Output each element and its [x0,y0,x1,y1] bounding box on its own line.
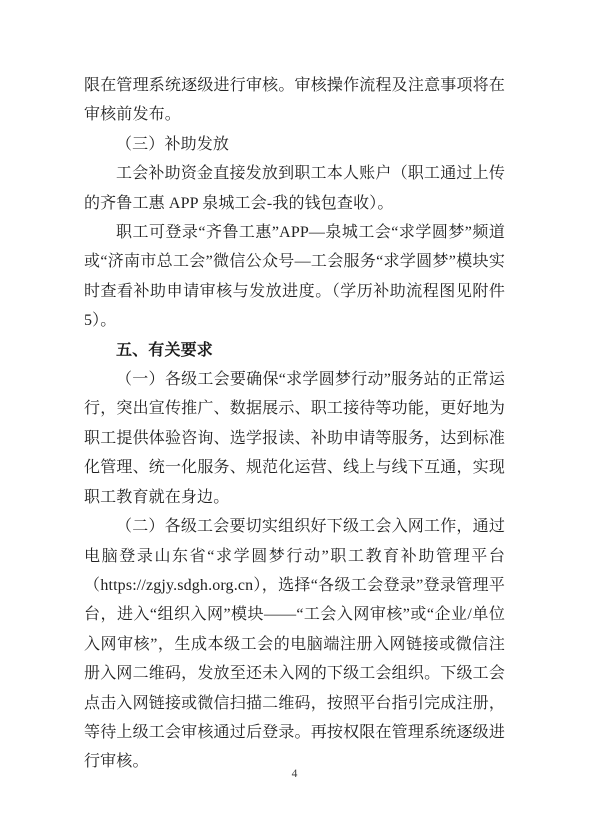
subsection-heading-subsidy-disbursement: （三）补助发放 [84,130,505,159]
paragraph-continuation: 限在管理系统逐级进行审核。审核操作流程及注意事项将在审核前发布。 [84,71,505,130]
section-heading-requirements: 五、有关要求 [84,336,505,365]
paragraph-requirement-1: （一）各级工会要确保“求学圆梦行动”服务站的正常运行，突出宣传推广、数据展示、职… [84,365,505,512]
document-body: 限在管理系统逐级进行审核。审核操作流程及注意事项将在审核前发布。 （三）补助发放… [84,71,505,777]
paragraph-requirement-2: （二）各级工会要切实组织好下级工会入网工作，通过电脑登录山东省“求学圆梦行动”职… [84,512,505,777]
paragraph-progress-check: 职工可登录“齐鲁工惠”APP—泉城工会“求学圆梦”频道或“济南市总工会”微信公众… [84,218,505,336]
paragraph-subsidy-payment: 工会补助资金直接发放到职工本人账户（职工通过上传的齐鲁工惠 APP 泉城工会-我… [84,159,505,218]
page-number: 4 [0,766,589,782]
document-page: 限在管理系统逐级进行审核。审核操作流程及注意事项将在审核前发布。 （三）补助发放… [0,0,589,834]
